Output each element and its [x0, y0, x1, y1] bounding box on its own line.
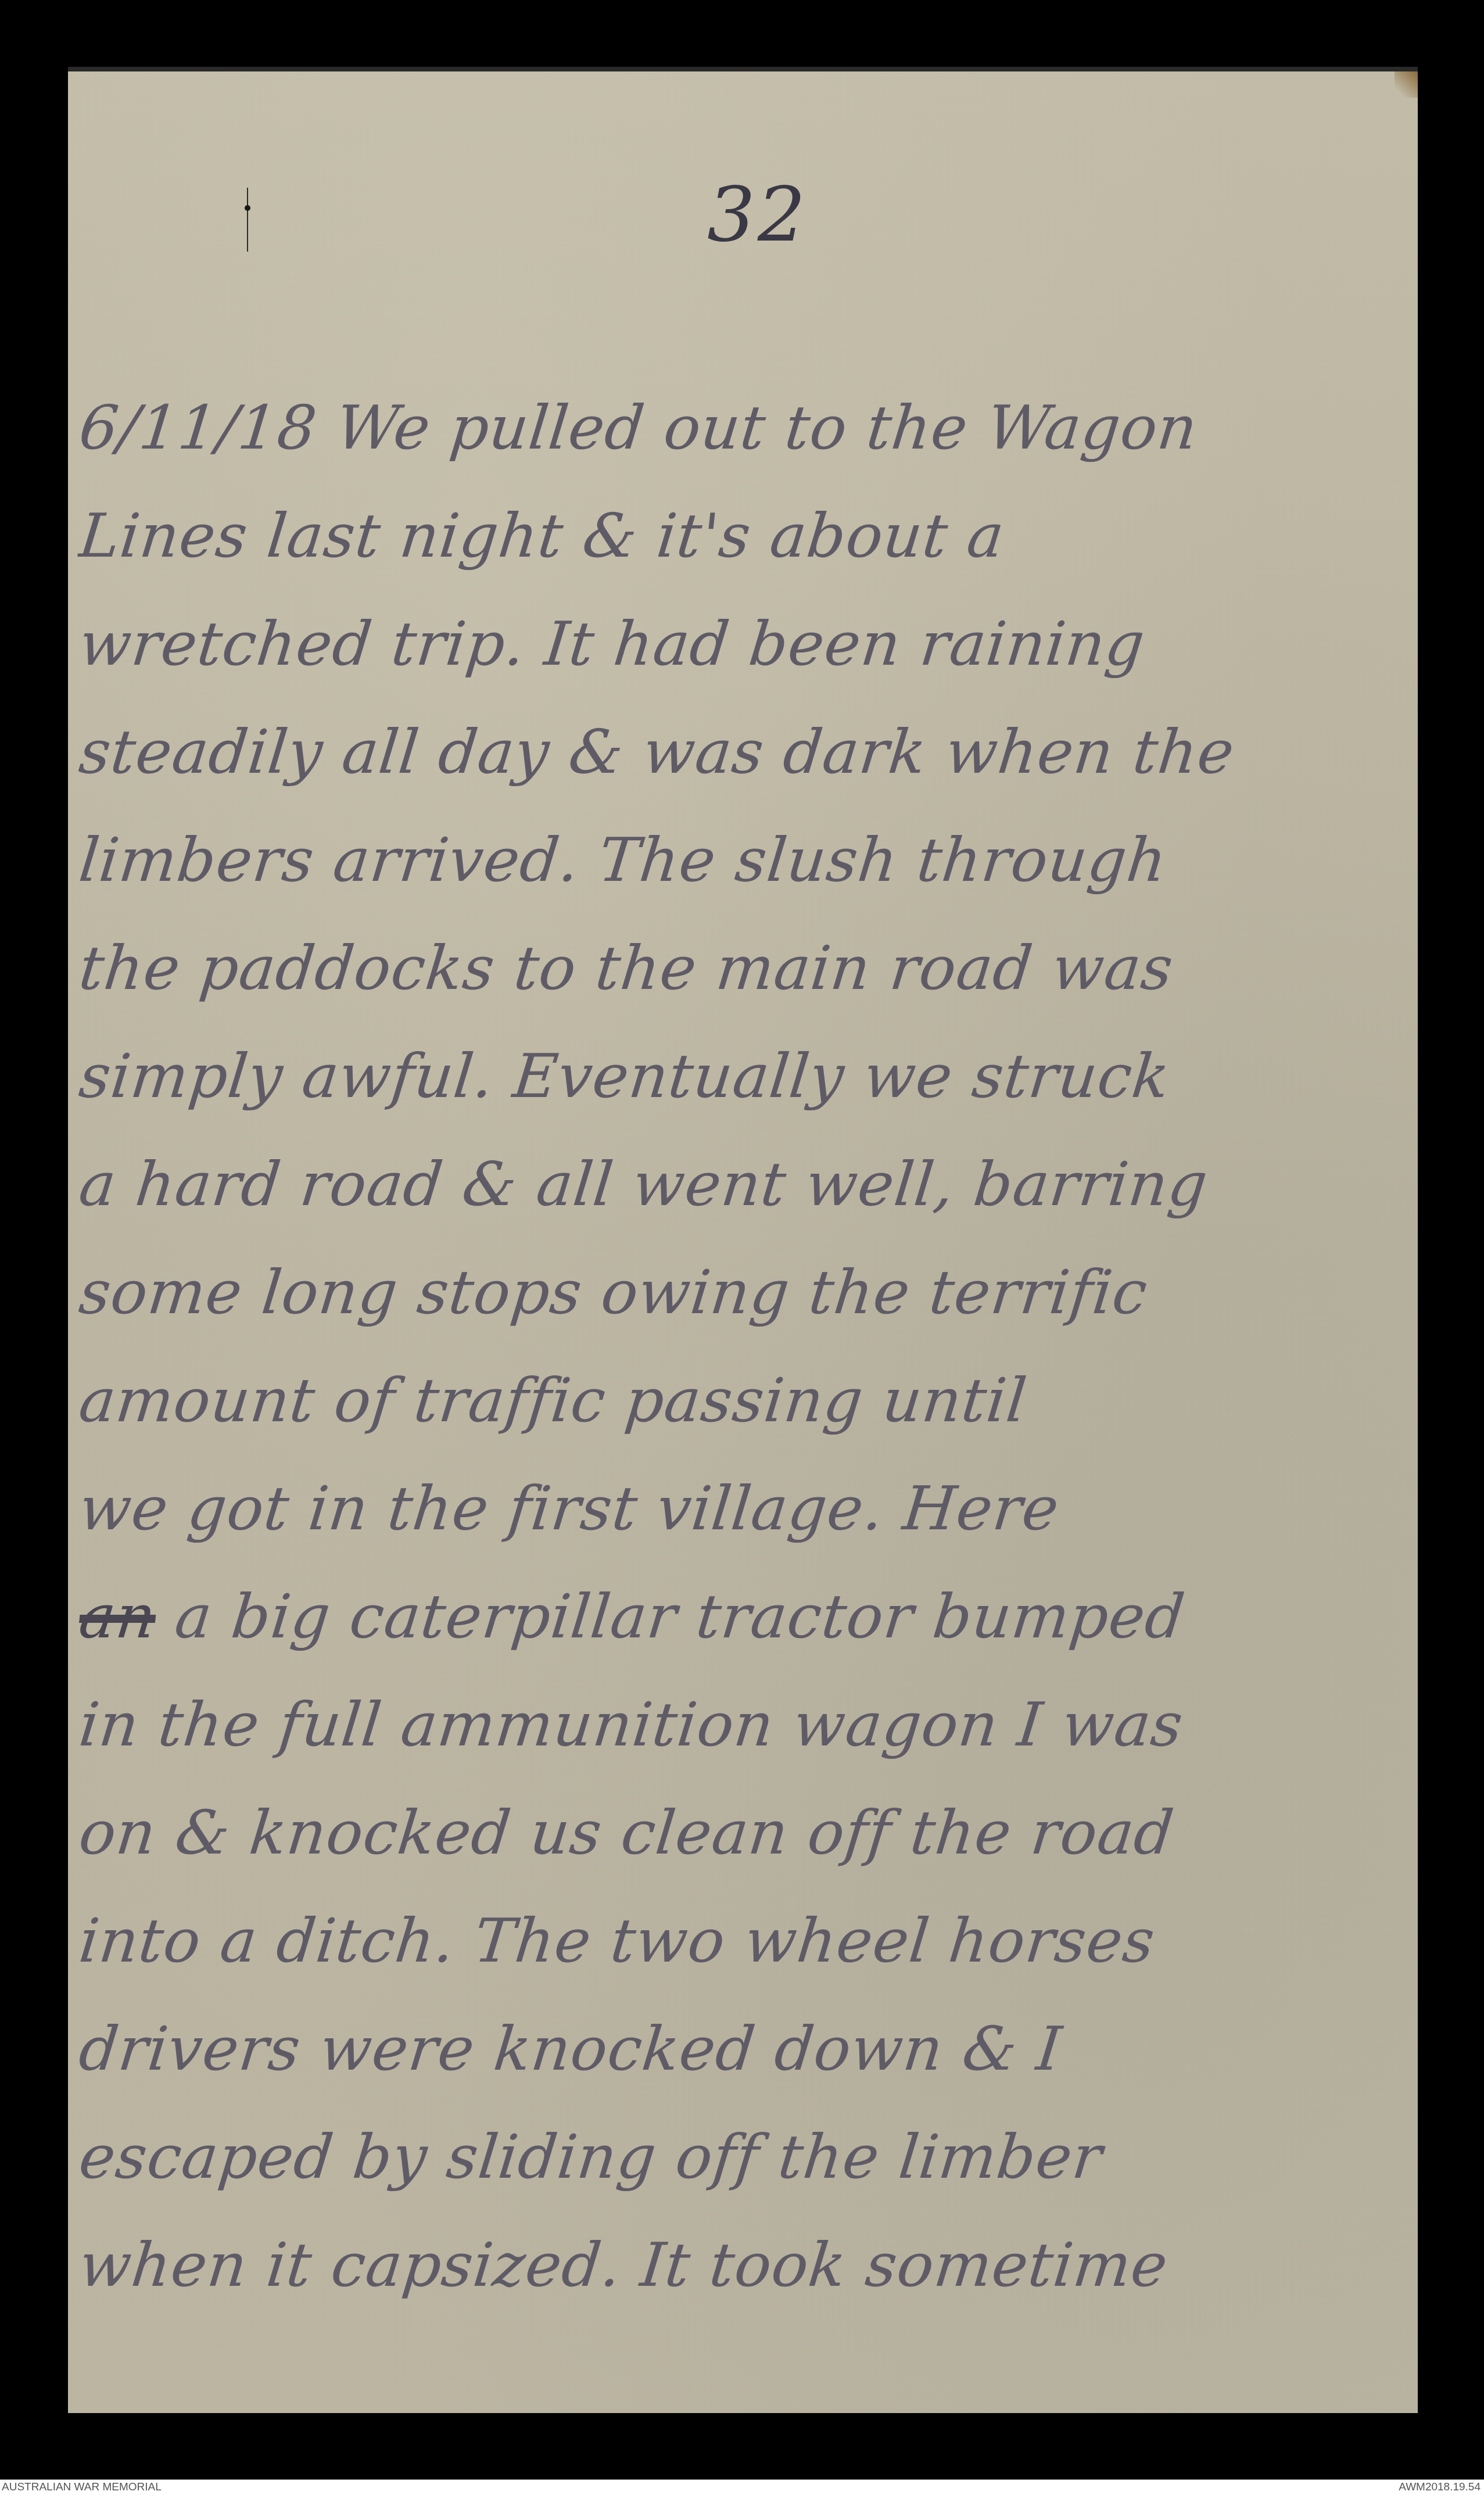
text-line: on & knocked us clean off the road [74, 1779, 1410, 1887]
line-text: on & knocked us clean off the road [76, 1797, 1178, 1868]
line-text: into a ditch. The two wheel horses [76, 1905, 1159, 1976]
text-line: wretched trip. It had been raining [74, 590, 1410, 698]
line-text: some long stops owing the terrific [76, 1257, 1151, 1328]
line-text: drivers were knocked down & I [76, 2013, 1066, 2084]
line-text: a big caterpillar tractor bumped [172, 1581, 1189, 1652]
text-line: we got in the first village. Here [74, 1454, 1410, 1562]
text-line: some long stops owing the terrific [74, 1238, 1410, 1346]
line-text: a hard road & all went well, barring [76, 1149, 1211, 1220]
text-line: 6/11/18 We pulled out to the Wagon [74, 374, 1410, 482]
line-text: we got in the first village. Here [76, 1473, 1063, 1544]
text-line: into a ditch. The two wheel horses [74, 1887, 1410, 1995]
line-text: Lines last night & it's about a [76, 500, 1008, 571]
line-text: escaped by sliding off the limber [76, 2121, 1106, 2192]
line-text: amount of traffic passing until [76, 1365, 1031, 1436]
line-text: wretched trip. It had been raining [76, 608, 1149, 679]
line-text: when it capsized. It took sometime [76, 2229, 1171, 2300]
corner-stain [1395, 71, 1418, 98]
handwritten-text: 6/11/18 We pulled out to the Wagon Lines… [80, 374, 1404, 2319]
line-text: simply awful. Eventually we struck [76, 1041, 1174, 1112]
text-line: steadily all day & was dark when the [74, 698, 1410, 806]
caption-bar: AUSTRALIAN WAR MEMORIAL AWM2018.19.54 [0, 2479, 1484, 2495]
line-text: limbers arrived. The slush through [76, 825, 1171, 895]
institution-caption: AUSTRALIAN WAR MEMORIAL [2, 2481, 162, 2494]
text-line: in the full ammunition wagon I was [74, 1670, 1410, 1779]
text-line: drivers were knocked down & I [74, 1995, 1410, 2103]
text-line: limbers arrived. The slush through [74, 806, 1410, 914]
text-line: amount of traffic passing until [74, 1346, 1410, 1454]
pinhole-mark [247, 188, 252, 252]
text-line: an a big caterpillar tractor bumped [74, 1562, 1410, 1670]
line-text: in the full ammunition wagon I was [76, 1689, 1187, 1760]
text-line: escaped by sliding off the limber [74, 2103, 1410, 2211]
text-line: a hard road & all went well, barring [74, 1130, 1410, 1238]
manuscript-page: 32 6/11/18 We pulled out to the Wagon Li… [68, 67, 1418, 2413]
line-text: the paddocks to the main road was [76, 933, 1177, 1003]
text-line: when it capsized. It took sometime [74, 2211, 1410, 2319]
struck-out-word: an [76, 1581, 160, 1652]
accession-number: AWM2018.19.54 [1399, 2481, 1481, 2494]
text-line: Lines last night & it's about a [74, 482, 1410, 590]
text-line: the paddocks to the main road was [74, 914, 1410, 1022]
page-number: 32 [707, 170, 808, 259]
text-line: simply awful. Eventually we struck [74, 1022, 1410, 1130]
line-text: steadily all day & was dark when the [76, 716, 1238, 787]
line-text: 6/11/18 We pulled out to the Wagon [76, 392, 1201, 463]
